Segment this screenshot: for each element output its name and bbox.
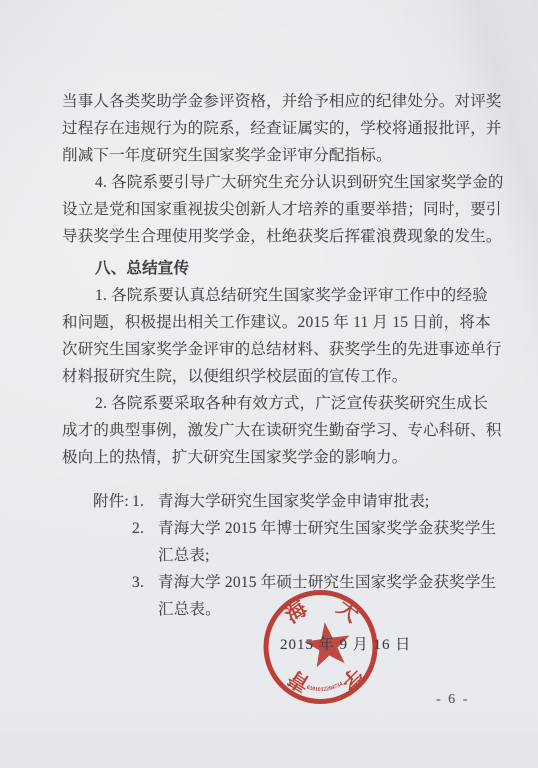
- attachment-line: 2.青海大学 2015 年博士研究生国家奖学金获奖学生: [62, 515, 498, 542]
- attachment-item-number: 1.: [132, 488, 158, 515]
- section-heading: 八、总结宣传: [62, 255, 498, 282]
- body-line: 削减下一年度研究生国家奖学金评审分配指标。: [62, 142, 498, 169]
- date-line: 2015 年 9 月 16 日: [280, 633, 411, 654]
- body-line: 材料报研究生院，以便组织学校层面的宣传工作。: [62, 363, 498, 390]
- body-line: 过程存在违规行为的院系，经查证属实的，学校将通报批评，并: [62, 115, 498, 142]
- attachment-item-number: 2.: [132, 515, 158, 542]
- body-line: 和问题，积极提出相关工作建议。2015 年 11 月 15 日前，将本: [62, 309, 498, 336]
- attachment-item-text: 青海大学 2015 年博士研究生国家奖学金获奖学生: [158, 520, 496, 537]
- document-page: 当事人各类奖助学金参评资格，并给予相应的纪律处分。对评奖 过程存在违规行为的院系…: [0, 0, 538, 768]
- attachments-label: 附件:: [93, 488, 132, 515]
- body-line: 极向上的热情，扩大研究生国家奖学金的影响力。: [62, 444, 498, 471]
- body-line: 2. 各院系要采取各种有效方式，广泛宣传获奖研究生成长: [62, 390, 498, 417]
- attachment-item-number: 3.: [132, 569, 158, 596]
- body-line: 导获奖学生合理使用奖学金，杜绝获奖后挥霍浪费现象的发生。: [62, 223, 498, 250]
- attachment-line: 附件:1.青海大学研究生国家奖学金申请审批表;: [62, 488, 498, 515]
- body-line: 次研究生国家奖学金评审的总结材料、获奖学生的先进事迹单行: [62, 336, 498, 363]
- body-line: 设立是党和国家重视拔尖创新人才培养的重要举措；同时，要引: [62, 196, 498, 223]
- attachment-item-text: 青海大学研究生国家奖学金申请审批表;: [158, 493, 429, 510]
- seal-char: 大: [332, 595, 363, 627]
- seal-char: 海: [281, 596, 313, 628]
- page-number: - 6 -: [436, 692, 469, 708]
- body-line: 1. 各院系要认真总结研究生国家奖学金评审工作中的经验: [62, 282, 498, 309]
- attachment-item-text: 汇总表。: [158, 601, 221, 618]
- document-body: 当事人各类奖助学金参评资格，并给予相应的纪律处分。对评奖 过程存在违规行为的院系…: [62, 88, 498, 623]
- seal-char: 学: [336, 663, 368, 695]
- attachment-line: 汇总表;: [62, 542, 498, 569]
- body-line: 成才的典型事例，激发广大在读研究生勤奋学习、专心科研、积: [62, 417, 498, 444]
- body-line: 4. 各院系要引导广大研究生充分认识到研究生国家奖学金的: [62, 169, 498, 196]
- body-line: 当事人各类奖助学金参评资格，并给予相应的纪律处分。对评奖: [62, 88, 498, 115]
- attachment-item-text: 汇总表;: [158, 547, 210, 564]
